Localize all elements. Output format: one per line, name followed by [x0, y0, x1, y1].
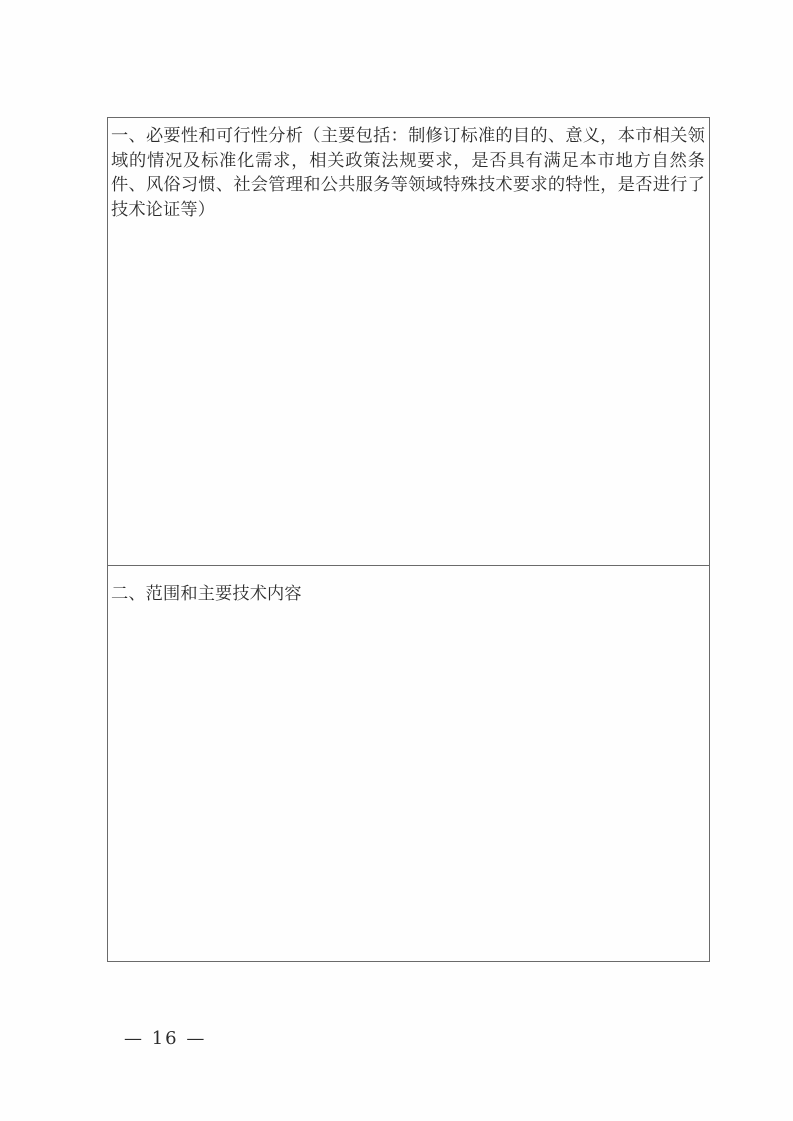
section-body-scope-technical-content[interactable]	[108, 607, 709, 627]
section-heading-scope-technical-content: 二、范围和主要技术内容	[108, 566, 709, 607]
section-heading-necessity-feasibility: 一、必要性和可行性分析（主要包括：制修订标准的目的、意义，本市相关领域的情况及标…	[108, 118, 709, 222]
document-page: 一、必要性和可行性分析（主要包括：制修订标准的目的、意义，本市相关领域的情况及标…	[0, 0, 793, 1121]
page-number: — 16 —	[124, 1028, 206, 1049]
section-necessity-feasibility: 一、必要性和可行性分析（主要包括：制修订标准的目的、意义，本市相关领域的情况及标…	[108, 118, 709, 565]
section-scope-technical-content: 二、范围和主要技术内容	[108, 565, 709, 961]
proposal-form-table: 一、必要性和可行性分析（主要包括：制修订标准的目的、意义，本市相关领域的情况及标…	[107, 117, 710, 962]
section-body-necessity-feasibility[interactable]	[108, 222, 709, 242]
